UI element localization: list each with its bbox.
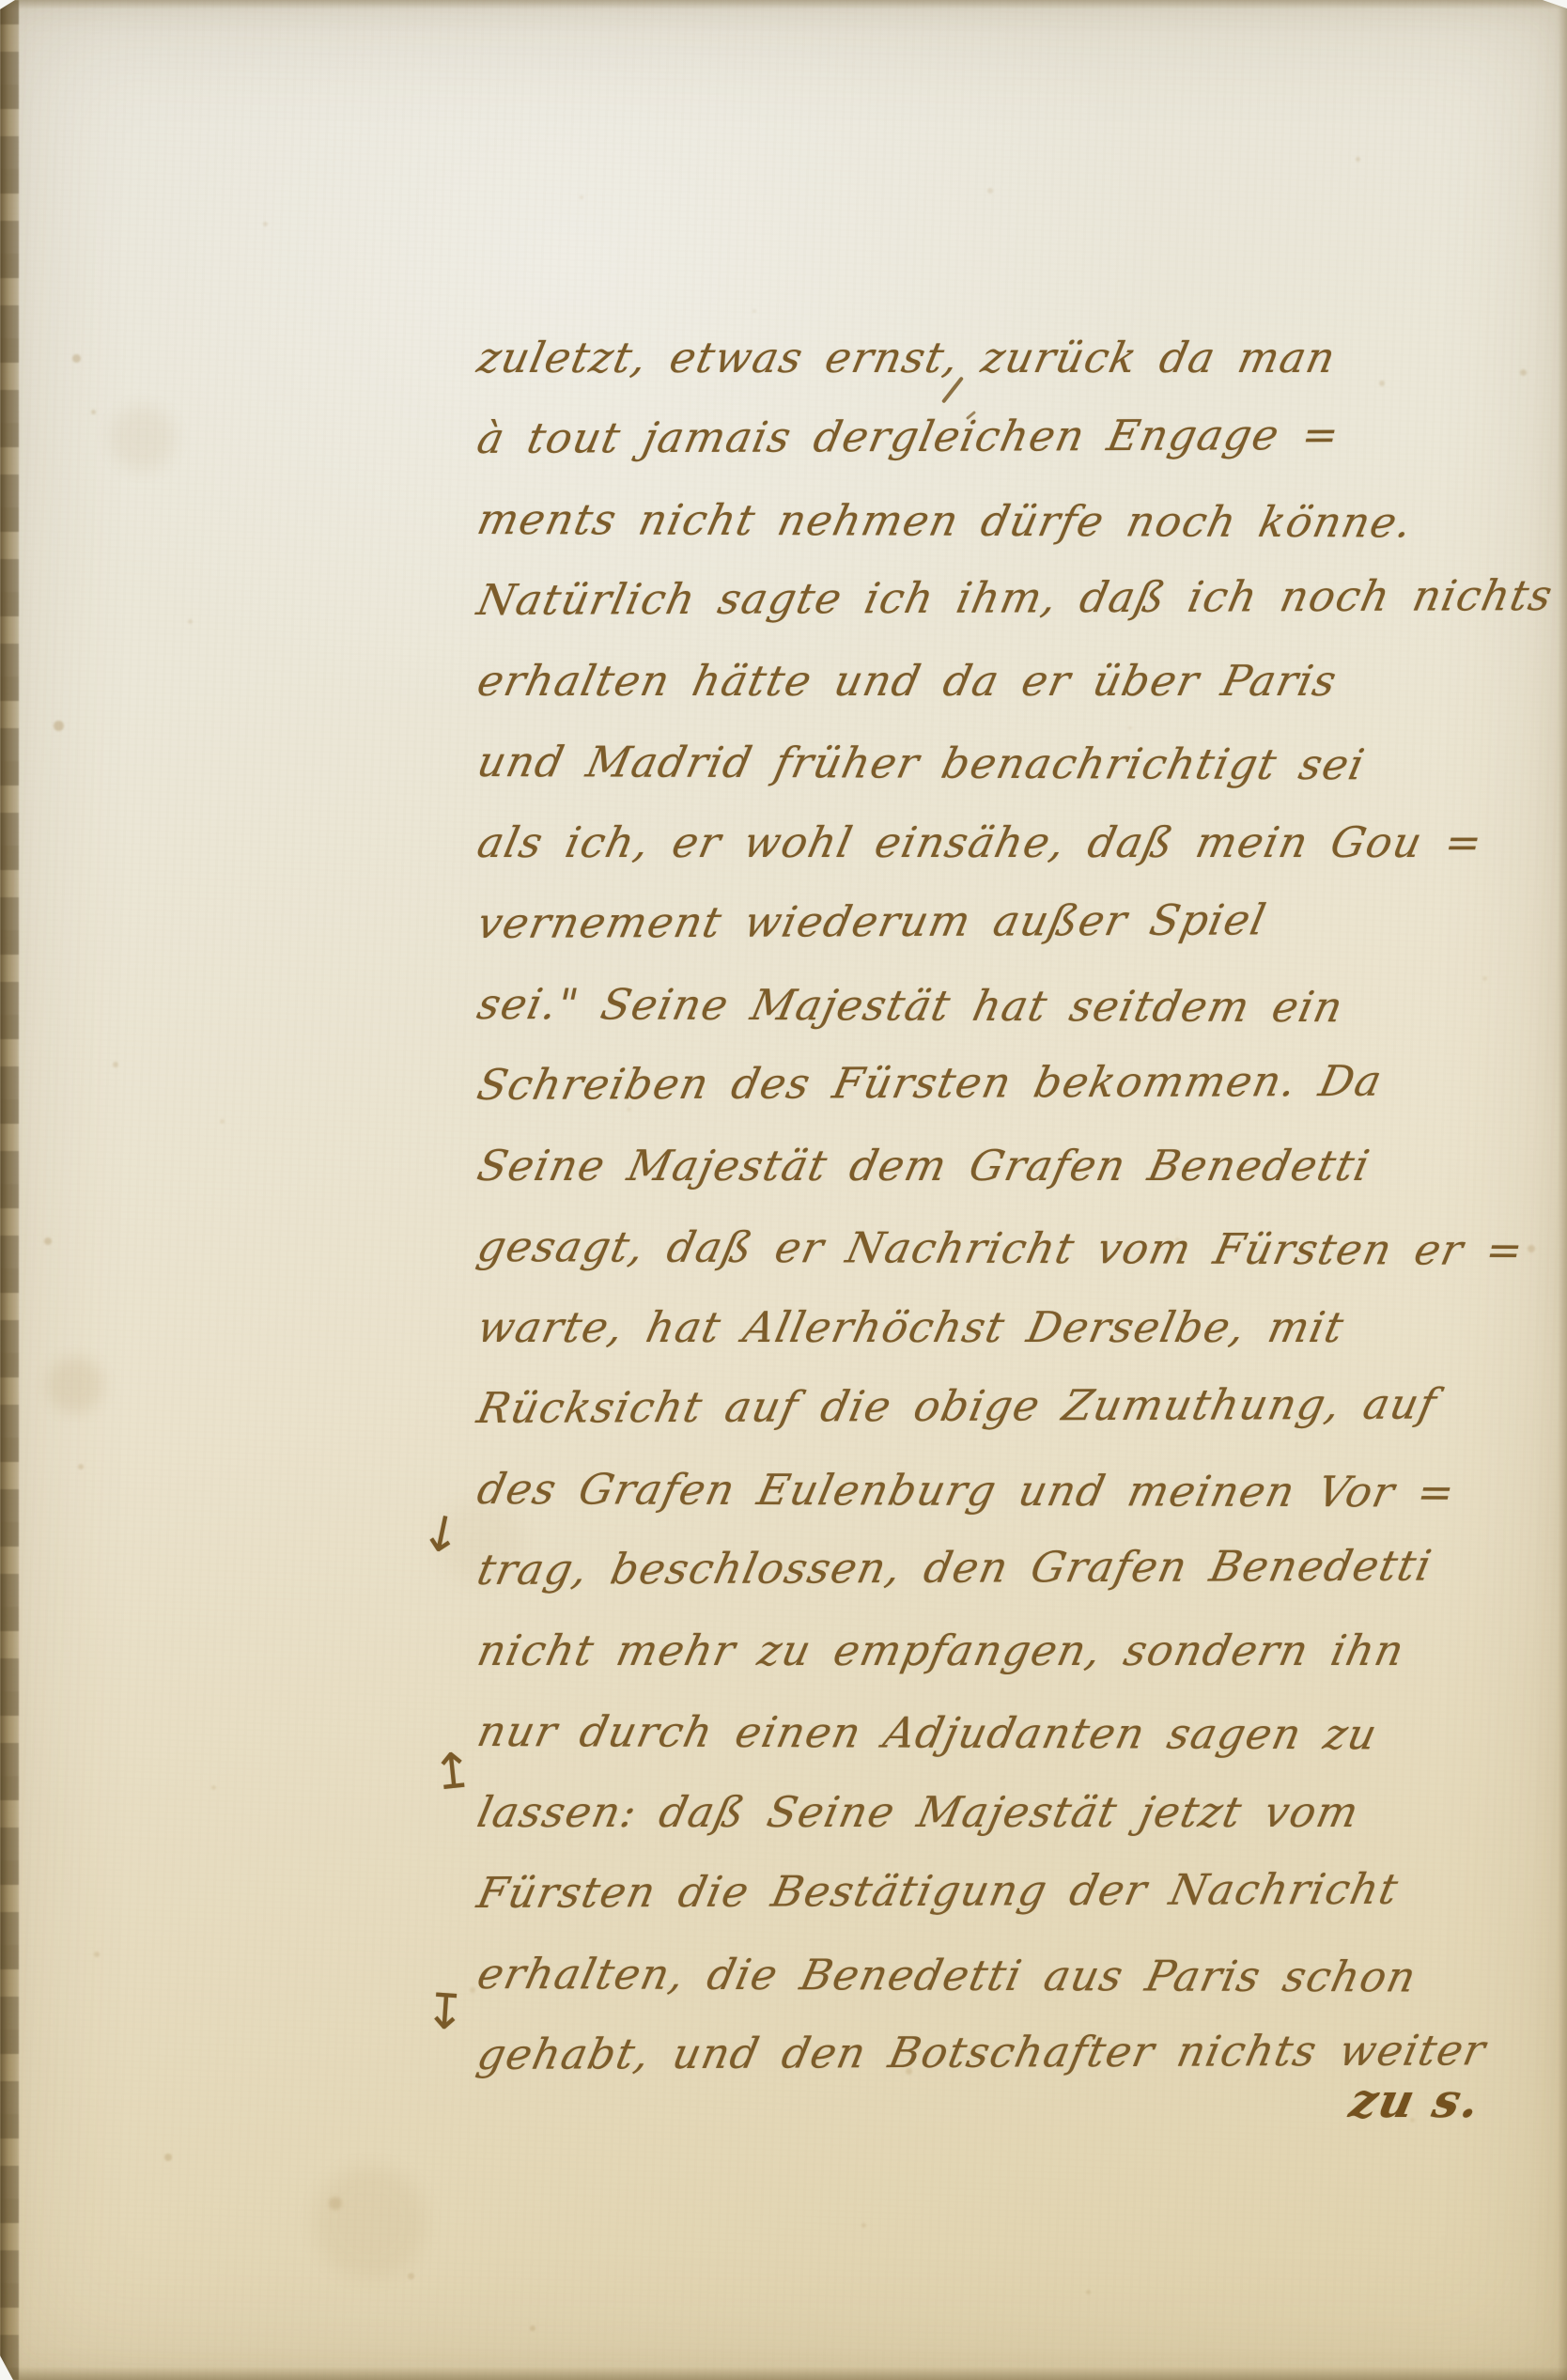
- foxing-spot: [987, 188, 993, 194]
- up-arrow-from-bar-icon: ↥: [429, 1742, 476, 1802]
- foxing-spot: [47, 1357, 103, 1413]
- foxing-spot: [78, 1464, 84, 1470]
- foxing-spot: [44, 1237, 52, 1245]
- foxing-spot: [263, 222, 268, 226]
- foxing-spot: [1520, 369, 1527, 376]
- foxing-spot: [314, 2166, 427, 2279]
- manuscript-line-20: Fürsten die Bestätigung der Nachricht: [470, 1848, 1530, 1934]
- foxing-spot: [188, 619, 193, 624]
- manuscript-line-21: erhalten, die Benedetti aus Paris schon: [470, 1934, 1529, 2018]
- foxing-spot: [752, 309, 756, 313]
- down-arrow-icon: ↓: [415, 1503, 467, 1567]
- manuscript-line-14: Rücksicht auf die obige Zumuthung, auf: [470, 1363, 1530, 1449]
- manuscript-line-17: nicht mehr zu empfangen, sondern ihn: [470, 1610, 1529, 1691]
- foxing-spot: [91, 410, 96, 414]
- manuscript-line-3: ments nicht nehmen dürfe noch könne.: [470, 479, 1529, 564]
- manuscript-line-18: nur durch einen Adjudanten sagen zu: [470, 1691, 1529, 1776]
- manuscript-line-11: Seine Majestät dem Grafen Benedetti: [470, 1126, 1529, 1206]
- aged-paper: zuletzt, etwas ernst, zurück da manà tou…: [0, 0, 1567, 2380]
- foxing-spot: [110, 405, 176, 471]
- manuscript-text-block: zuletzt, etwas ernst, zurück da manà tou…: [470, 318, 1513, 2095]
- manuscript-line-16: trag, beschlossen, den Grafen Benedetti: [470, 1525, 1530, 1610]
- foxing-spot: [530, 2326, 535, 2331]
- foxing-spot: [72, 354, 81, 363]
- manuscript-line-9: sei." Seine Majestät hat seitdem ein: [470, 964, 1529, 1049]
- manuscript-line-8: vernement wiederum außer Spiel: [470, 879, 1530, 964]
- foxing-spot: [861, 2223, 866, 2228]
- manuscript-line-19: lassen: daß Seine Majestät jetzt vom: [470, 1772, 1529, 1853]
- manuscript-line-5: erhalten hätte und da er über Paris: [470, 641, 1529, 722]
- manuscript-line-1: zuletzt, etwas ernst, zurück da man: [470, 318, 1529, 398]
- worn-right-edge: [1558, 0, 1567, 2380]
- catchword: zu s.: [1345, 2073, 1486, 2128]
- manuscript-line-7: als ich, er wohl einsähe, daß mein Gou =: [470, 802, 1529, 883]
- foxing-spot: [54, 721, 64, 731]
- foxing-spot: [408, 2273, 414, 2279]
- manuscript-lines: zuletzt, etwas ernst, zurück da manà tou…: [470, 318, 1513, 2095]
- foxing-spot: [164, 2154, 172, 2161]
- foxing-spot: [1528, 1245, 1535, 1252]
- worn-left-edge: [0, 0, 19, 2380]
- manuscript-line-15: des Grafen Eulenburg und meinen Vor =: [470, 1449, 1529, 1533]
- scanned-manuscript-page: zuletzt, etwas ernst, zurück da manà tou…: [0, 0, 1567, 2380]
- down-arrow-from-bar-icon: ↧: [423, 1983, 468, 2043]
- manuscript-line-13: warte, hat Allerhöchst Derselbe, mit: [470, 1287, 1529, 1368]
- manuscript-line-4: Natürlich sagte ich ihm, daß ich noch ni…: [470, 555, 1530, 641]
- foxing-spot: [1086, 2290, 1091, 2294]
- foxing-spot: [113, 1062, 118, 1067]
- foxing-spot: [329, 2197, 342, 2210]
- manuscript-line-6: und Madrid früher benachrichtigt sei: [470, 722, 1529, 806]
- manuscript-line-12: gesagt, daß er Nachricht vom Fürsten er …: [470, 1206, 1529, 1291]
- worn-top-edge: [0, 0, 1567, 9]
- foxing-spot: [211, 1785, 216, 1790]
- manuscript-line-2: à tout jamais dergleichen Engage =: [470, 394, 1530, 479]
- foxing-spot: [220, 1119, 225, 1124]
- manuscript-line-10: Schreiben des Fürsten bekommen. Da: [470, 1040, 1530, 1126]
- foxing-spot: [580, 195, 583, 199]
- worn-bottom-edge: [0, 2367, 1567, 2380]
- foxing-spot: [94, 1952, 100, 1957]
- foxing-spot: [1356, 157, 1360, 162]
